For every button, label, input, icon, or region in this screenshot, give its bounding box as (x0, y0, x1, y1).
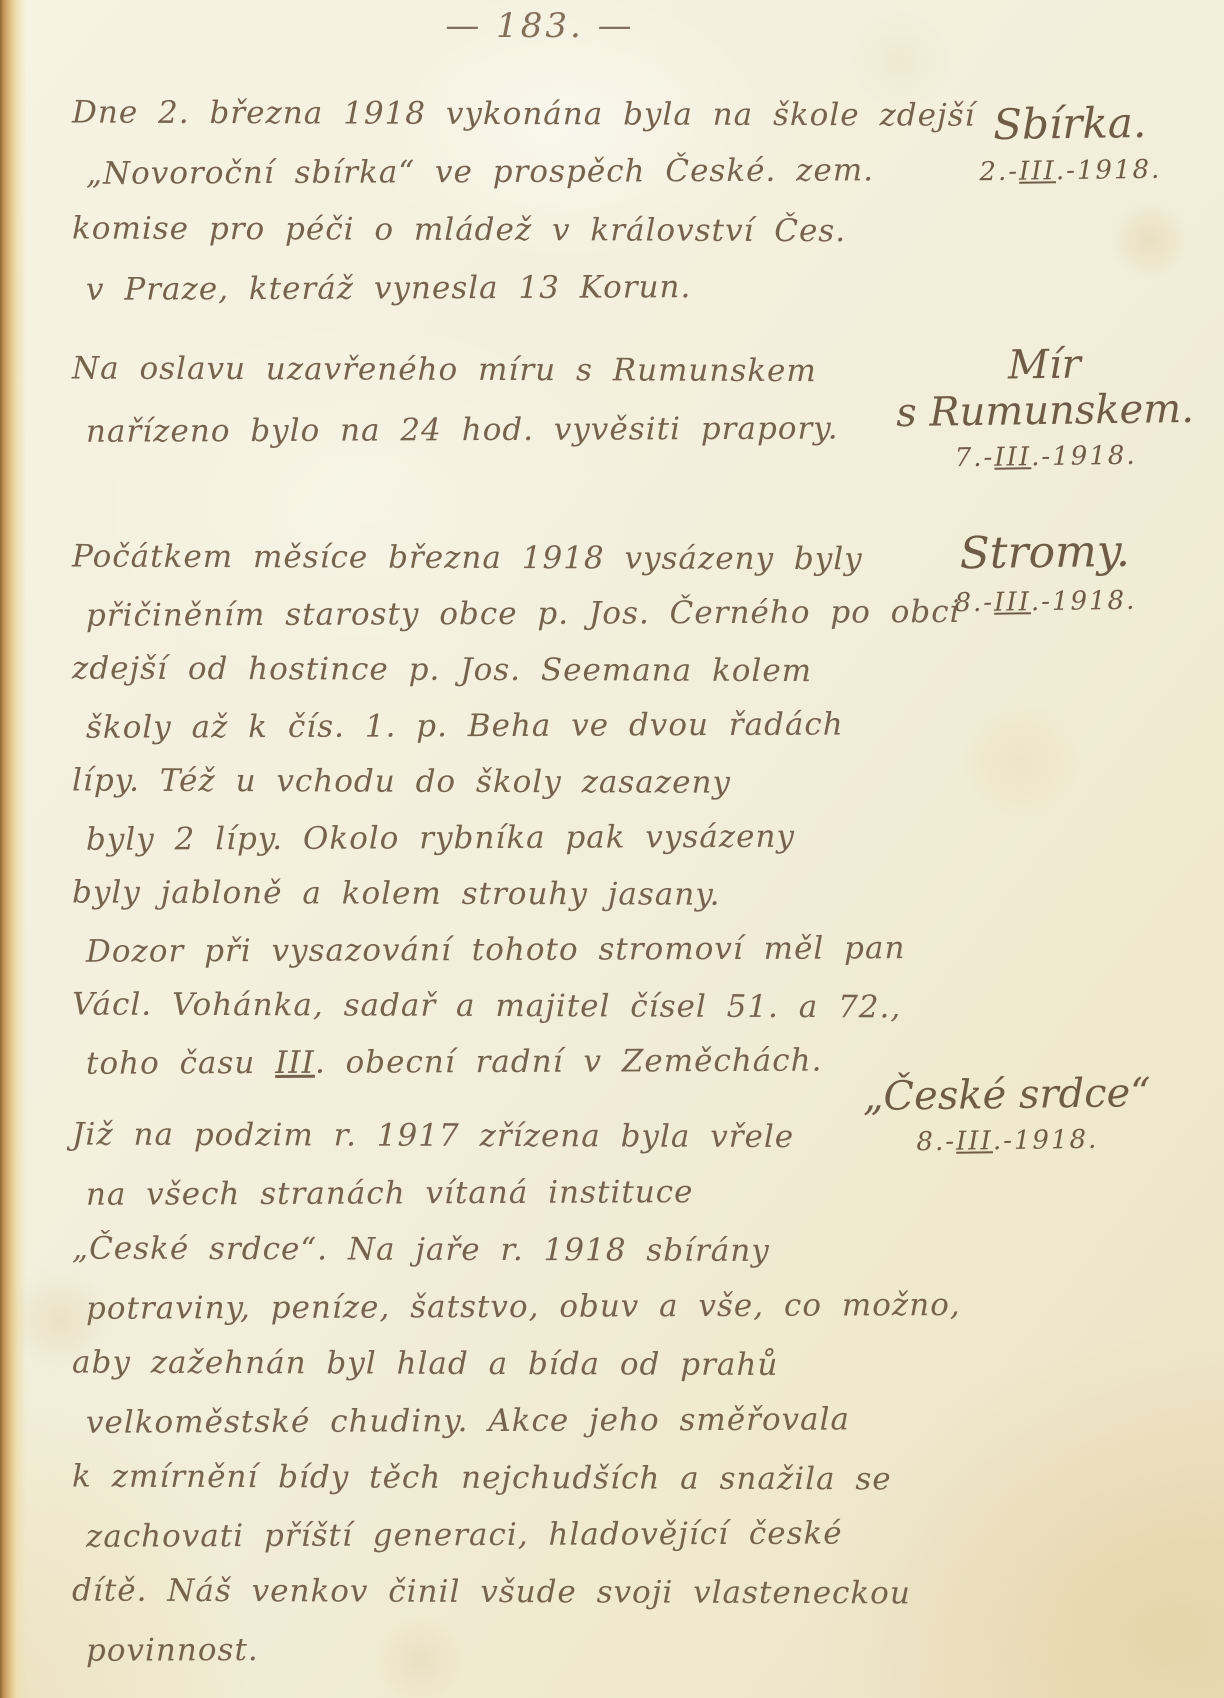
text-line: Již na podzim r. 1917 zřízena byla vřele (72, 1117, 922, 1177)
entry-4-body: Již na podzim r. 1917 zřízena byla vřele… (72, 1118, 922, 1688)
margin-note-title: Mír (879, 340, 1210, 391)
text-line: byly jabloně a kolem strouhy jasany. (72, 875, 922, 934)
date-suffix: .-1918. (1031, 441, 1137, 472)
text-line: školy až k čís. 1. p. Beha ve dvou řadác… (72, 706, 922, 766)
text-line: nařízeno bylo na 24 hod. vyvěsiti prapor… (72, 410, 922, 474)
text-line: zachovati příští generaci, hladovějící č… (72, 1515, 922, 1576)
text-line: aby zažehnán byl hlad a bída od prahů (72, 1345, 922, 1405)
text-line: Dozor při vysazování tohoto stromoví měl… (72, 930, 922, 990)
date-roman-month: III (1019, 156, 1056, 187)
entry-3-body: Počátkem měsíce března 1918 vysázeny byl… (72, 540, 922, 1100)
margin-note-title: Sbírka. (929, 98, 1210, 150)
margin-note-date: 7.-III.-1918. (881, 440, 1211, 475)
margin-note-mir-s-rumunskem: Mír s Rumunskem. 7.-III.-1918. (879, 340, 1211, 475)
text-line: Václ. Vohánka, sadař a majitel čísel 51.… (72, 987, 922, 1046)
date-roman-month: III (994, 442, 1031, 473)
margin-note-title: „České srdce“ (841, 1070, 1172, 1121)
text-line: Počátkem měsíce března 1918 vysázeny byl… (72, 539, 922, 598)
margin-note-date: 8.-III.-1918. (842, 1124, 1172, 1159)
text-line: velkoměstské chudiny. Akce jeho směřoval… (72, 1401, 922, 1462)
text-line: přičiněním starosty obce p. Jos. Černého… (72, 594, 922, 654)
margin-note-date: 2.-III.-1918. (930, 154, 1210, 188)
date-prefix: 7.- (955, 443, 995, 474)
date-suffix: .-1918. (993, 1125, 1099, 1156)
text-line: dítě. Náš venkov činil všude svoji vlast… (72, 1573, 922, 1633)
text-line: Na oslavu uzavřeného míru s Rumunskem (72, 351, 922, 414)
margin-note-title: s Rumunskem. (880, 386, 1211, 437)
page-number: — 183. — (312, 6, 768, 46)
date-roman-month: III (994, 587, 1031, 618)
roman-numeral: III (275, 1045, 315, 1081)
page-binding-edge (0, 0, 26, 1698)
text-line: komise pro péči o mládež v království Če… (72, 211, 922, 272)
text-line: povinnost. (72, 1629, 922, 1690)
text-line: Dne 2. března 1918 vykonána byla na škol… (72, 95, 922, 156)
text-line: lípy. Též u vchodu do školy zasazeny (72, 763, 922, 822)
text-line: „České srdce“. Na jaře r. 1918 sbírány (72, 1231, 922, 1291)
margin-note-sbirka: Sbírka. 2.-III.-1918. (929, 98, 1210, 188)
text-line: „Novoroční sbírka“ ve prospěch České. ze… (72, 152, 922, 214)
line-part-before: toho času (86, 1045, 275, 1082)
text-line: k zmírnění bídy těch nejchudších a snaži… (72, 1459, 922, 1519)
entry-1-body: Dne 2. března 1918 vykonána byla na škol… (72, 96, 922, 328)
text-line-with-roman-numeral: toho času III. obecní radní v Zeměchách. (72, 1042, 922, 1102)
text-line: zdejší od hostince p. Jos. Seemana kolem (72, 651, 922, 710)
line-part-after: . obecní radní v Zeměchách. (315, 1043, 823, 1081)
entry-2-body: Na oslavu uzavřeného míru s Rumunskem na… (72, 352, 922, 472)
date-suffix: .-1918. (1031, 585, 1137, 616)
text-line: v Praze, kteráž vynesla 13 Korun. (72, 268, 922, 330)
date-suffix: .-1918. (1056, 155, 1162, 186)
date-prefix: 2.- (979, 157, 1019, 188)
margin-note-title: Stromy. (904, 526, 1185, 580)
margin-note-stromy: Stromy. 8.-III.-1918. (904, 526, 1185, 618)
text-line: potraviny, peníze, šatstvo, obuv a vše, … (72, 1287, 922, 1348)
chronicle-page: — 183. — Dne 2. března 1918 vykonána byl… (0, 0, 1224, 1698)
date-prefix: 8.- (954, 587, 994, 618)
margin-note-date: 8.-III.-1918. (905, 585, 1185, 619)
text-line: na všech stranách vítaná instituce (72, 1173, 922, 1234)
date-roman-month: III (956, 1126, 993, 1157)
date-prefix: 8.- (916, 1127, 956, 1158)
margin-note-ceske-srdce: „České srdce“ 8.-III.-1918. (841, 1070, 1172, 1159)
text-line: byly 2 lípy. Okolo rybníka pak vysázeny (72, 818, 922, 878)
